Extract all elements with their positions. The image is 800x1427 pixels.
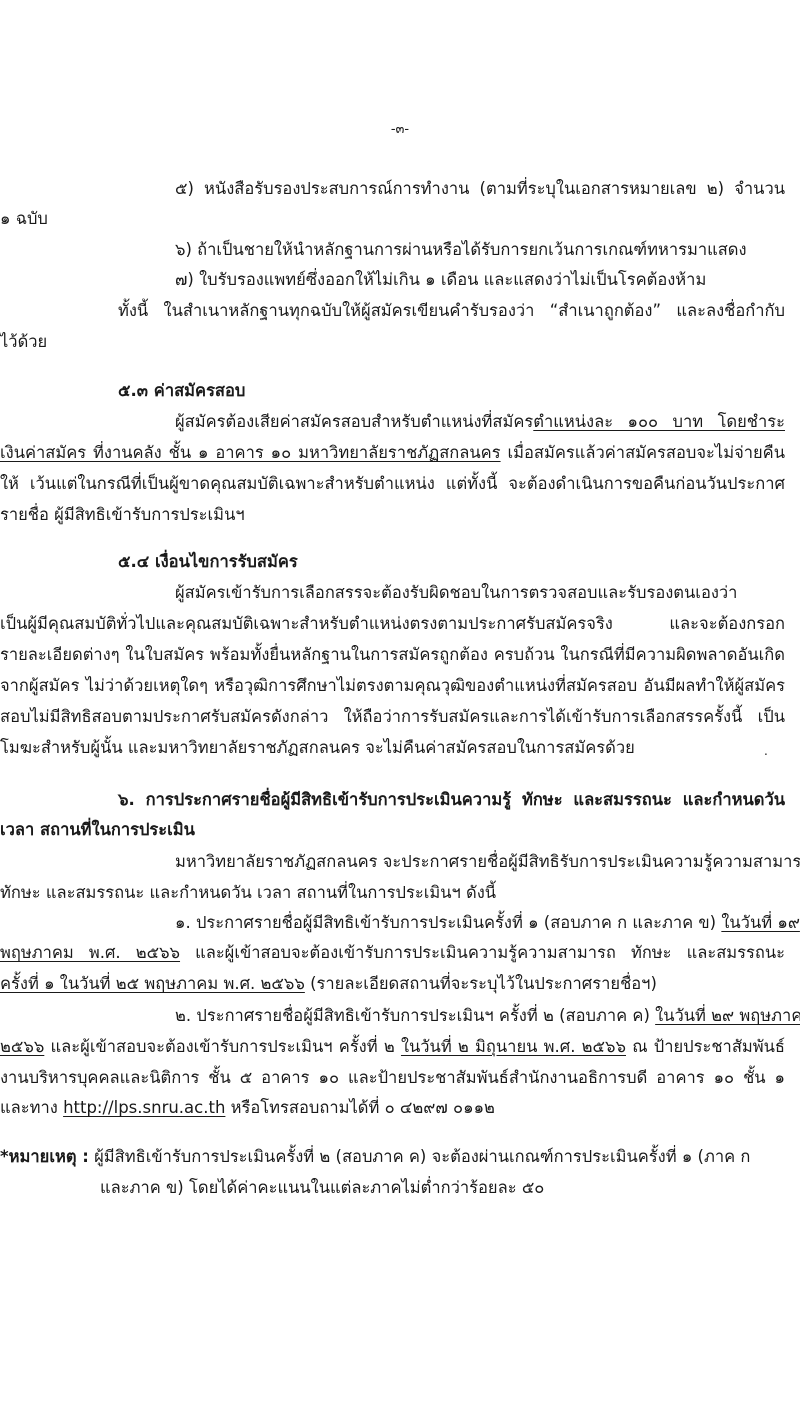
- section-5-4-line5: สอบไม่มีสิทธิสอบตามประกาศรับสมัครดังกล่า…: [0, 706, 785, 728]
- via-text: และทาง: [0, 1098, 63, 1117]
- section-5-3-heading: ๕.๓ ค่าสมัครสอบ: [118, 380, 245, 402]
- announcement-2-date: ในวันที่ ๒๙ พฤษภาคม พ.ศ.: [655, 1006, 800, 1025]
- section-5-4-line2: เป็นผู้มีคุณสมบัติทั่วไปและคุณสมบัติเฉพา…: [0, 613, 785, 635]
- remark-line2: และภาค ข) โดยได้ค่าคะแนนในแต่ละภาคไม่ต่ำ…: [100, 1177, 544, 1199]
- fee-text: ผู้สมัครต้องเสียค่าสมัครสอบสำหรับตำแหน่ง…: [175, 412, 533, 431]
- remark-label: *หมายเหตุ :: [0, 1147, 89, 1166]
- section-6-heading-line2: เวลา สถานที่ในการประเมิน: [0, 819, 195, 841]
- announcement-1-date: ในวันที่ ๑๙: [721, 913, 800, 932]
- doc-item-6: ๖) ถ้าเป็นชายให้นำหลักฐานการผ่านหรือได้ร…: [175, 239, 747, 261]
- section-6-item2-line3: งานบริหารบุคคลและนิติการ ชั้น ๕ อาคาร ๑๐…: [0, 1067, 785, 1089]
- announcement-1-date-cont: พฤษภาคม พ.ศ. ๒๕๖๖: [0, 943, 180, 962]
- section-6-item1-line3: ครั้งที่ ๑ ในวันที่ ๒๕ พฤษภาคม พ.ศ. ๒๕๖๖…: [0, 973, 657, 995]
- section-5-3-line3: ให้ เว้นแต่ในกรณีที่เป็นผู้ขาดคุณสมบัติเ…: [0, 473, 785, 495]
- fee-amount: ตำแหน่งละ ๑๐๐ บาท โดยชำระ: [533, 412, 785, 431]
- section-6-item1-line1: ๑. ประกาศรายชื่อผู้มีสิทธิเข้ารับการประเ…: [175, 912, 785, 934]
- section-5-3-line1: ผู้สมัครต้องเสียค่าสมัครสอบสำหรับตำแหน่ง…: [175, 411, 785, 433]
- remark-text-1: ผู้มีสิทธิเข้ารับการประเมินครั้งที่ ๒ (ส…: [94, 1147, 750, 1166]
- section-6-intro-line1: มหาวิทยาลัยราชภัฏสกลนคร จะประกาศรายชื่อผ…: [175, 851, 785, 873]
- section-6-item1-line2: พฤษภาคม พ.ศ. ๒๕๖๖ และผู้เข้าสอบจะต้องเข้…: [0, 942, 785, 964]
- section-5-4-line4: จากผู้สมัคร ไม่ว่าด้วยเหตุใดๆ หรือวุฒิกา…: [0, 675, 785, 697]
- assessment-2-date: ในวันที่ ๒ มิถุนายน พ.ศ. ๒๕๖๖: [401, 1037, 626, 1056]
- section-5-4-line1: ผู้สมัครเข้ารับการเลือกสรรจะต้องรับผิดชอ…: [175, 582, 737, 604]
- section-5-3-line2: เงินค่าสมัคร ที่งานคลัง ชั้น ๑ อาคาร ๑๐ …: [0, 442, 785, 464]
- section-5-3-line4: รายชื่อ ผู้มีสิทธิเข้ารับการประเมินฯ: [0, 504, 245, 526]
- section-6-item2-line1: ๒. ประกาศรายชื่อผู้มีสิทธิเข้ารับการประเ…: [175, 1005, 785, 1027]
- section-6-item2-line4: และทาง http://lps.snru.ac.th หรือโทรสอบถ…: [0, 1097, 495, 1119]
- doc-item-7: ๗) ใบรับรองแพทย์ซึ่งออกให้ไม่เกิน ๑ เดือ…: [175, 269, 706, 291]
- no-refund-text: เมื่อสมัครแล้วค่าสมัครสอบจะไม่จ่ายคืน: [501, 443, 785, 462]
- section-5-4-heading: ๕.๔ เงื่อนไขการรับสมัคร: [118, 551, 298, 573]
- section-5-4-line3: รายละเอียดต่างๆ ในใบสมัคร พร้อมทั้งยื่นห…: [0, 644, 785, 666]
- assessment-2-text: และผู้เข้าสอบจะต้องเข้ารับการประเมินฯ คร…: [44, 1037, 401, 1056]
- announcement-1-text: ๑. ประกาศรายชื่อผู้มีสิทธิเข้ารับการประเ…: [175, 913, 721, 932]
- section-6-intro-line2: ทักษะ และสมรรถนะ และกำหนดวัน เวลา สถานที…: [0, 882, 496, 904]
- doc-note-line2: ไว้ด้วย: [0, 331, 47, 353]
- doc-item-5-line2: ๑ ฉบับ: [0, 208, 48, 230]
- section-6-heading-line1: ๖. การประกาศรายชื่อผู้มีสิทธิเข้ารับการป…: [118, 789, 785, 811]
- page-number: -๓-: [0, 118, 800, 139]
- announcement-2-text: ๒. ประกาศรายชื่อผู้มีสิทธิเข้ารับการประเ…: [175, 1006, 655, 1025]
- assessment-1-location-note: (รายละเอียดสถานที่จะระบุไว้ในประกาศรายชื…: [305, 974, 657, 993]
- phone-contact: หรือโทรสอบถามได้ที่ ๐ ๔๒๙๗ ๐๑๑๒: [225, 1098, 495, 1117]
- assessment-1-date: ครั้งที่ ๑ ในวันที่ ๒๕ พฤษภาคม พ.ศ. ๒๕๖๖: [0, 974, 305, 993]
- payment-location: เงินค่าสมัคร ที่งานคลัง ชั้น ๑ อาคาร ๑๐ …: [0, 443, 501, 462]
- stray-mark: .: [764, 744, 768, 758]
- remark-line1: *หมายเหตุ : ผู้มีสิทธิเข้ารับการประเมินค…: [0, 1146, 750, 1168]
- section-6-item2-line2: ๒๕๖๖ และผู้เข้าสอบจะต้องเข้ารับการประเมิ…: [0, 1036, 785, 1058]
- announcement-2-year: ๒๕๖๖: [0, 1037, 44, 1056]
- website-link[interactable]: http://lps.snru.ac.th: [63, 1098, 225, 1117]
- assessment-1-text: และผู้เข้าสอบจะต้องเข้ารับการประเมินความ…: [180, 943, 785, 962]
- doc-item-5-line1: ๕) หนังสือรับรองประสบการณ์การทำงาน (ตามท…: [175, 178, 785, 200]
- doc-note-line1: ทั้งนี้ ในสำเนาหลักฐานทุกฉบับให้ผู้สมัคร…: [118, 300, 785, 322]
- notice-board-text: ณ ป้ายประชาสัมพันธ์: [626, 1037, 785, 1056]
- section-5-4-line6: โมฆะสำหรับผู้นั้น และมหาวิทยาลัยราชภัฏสก…: [0, 737, 635, 759]
